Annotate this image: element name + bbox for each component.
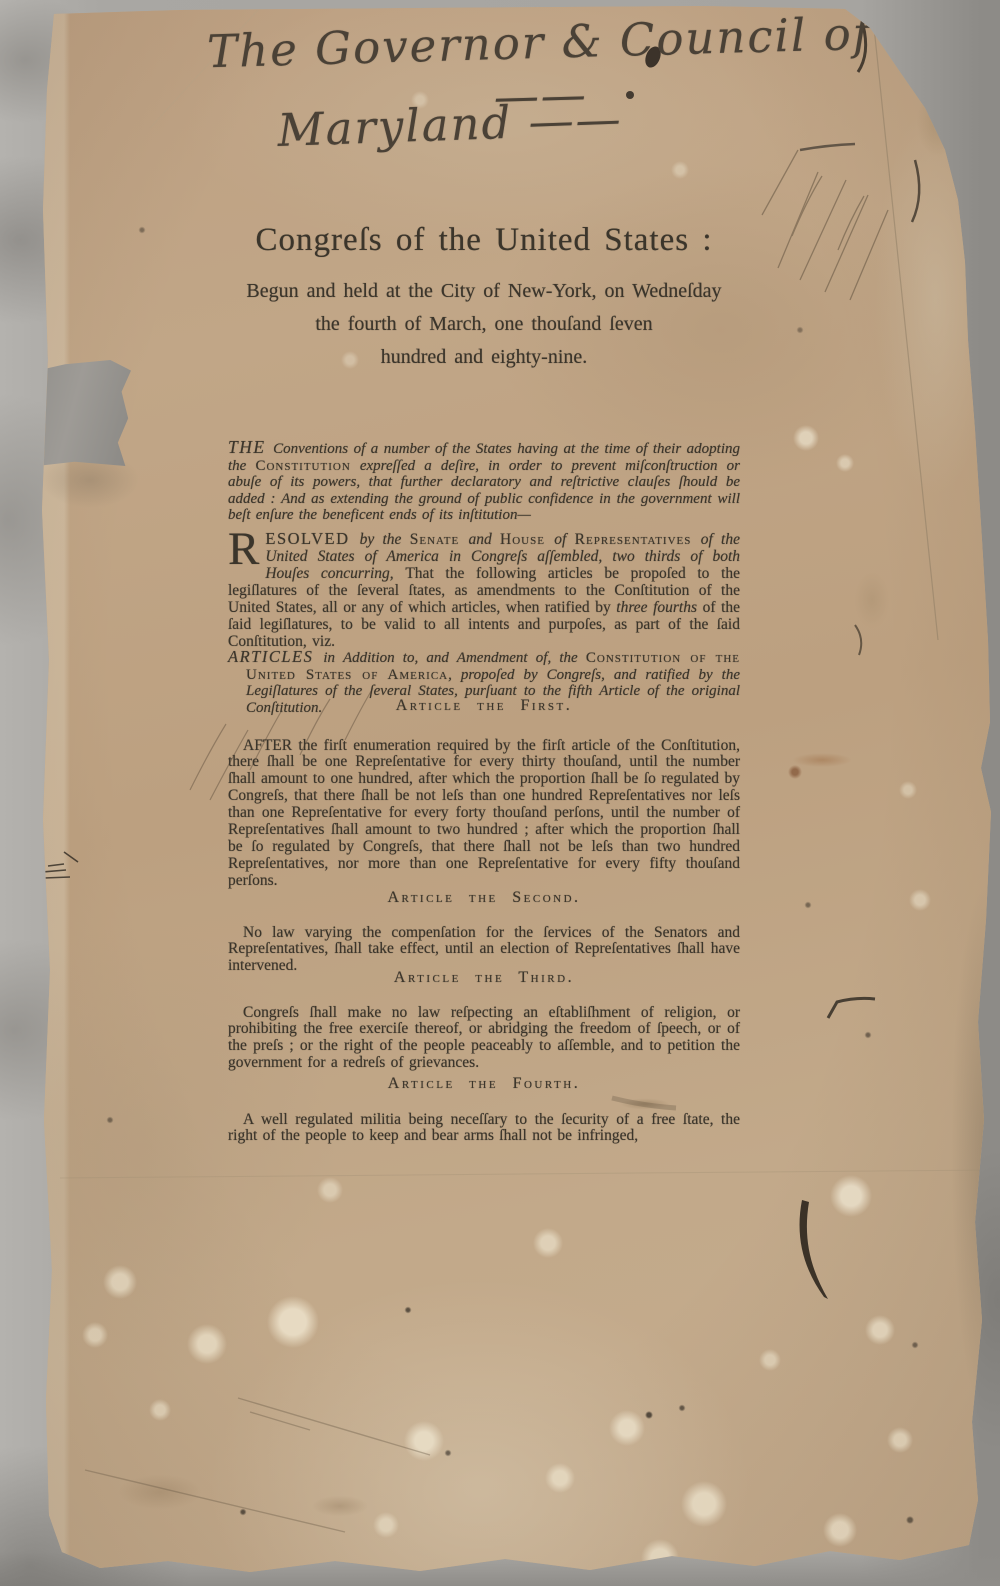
document-scan: The Governor & Council of —— Maryland ——… [0,0,1000,1586]
masthead-line1: Begun and held at the City of New-York, … [228,275,740,308]
tape-patch [37,360,131,466]
document-page: The Governor & Council of —— Maryland ——… [0,0,1000,1586]
scribble-marks [762,150,888,300]
pen-dash [800,144,855,150]
masthead: Congreſs of the United States : Begun an… [228,222,740,374]
article-heading-third: Article the Third. [228,969,740,987]
article-heading-second: Article the Second. [228,889,740,907]
pen-checkmark [828,998,875,1018]
article-body-first: AFTER the firſt enumeration required by … [228,738,740,890]
smudge [612,1098,676,1108]
margin-scribble [42,852,78,878]
resolved-paragraph: RESOLVED by the Senate and House of Repr… [228,530,740,650]
article-heading-fourth: Article the Fourth. [228,1075,740,1093]
pen-stroke [912,160,919,222]
scratch-marks [85,1398,430,1532]
preamble-paragraph: THE Conventions of a number of the State… [228,439,740,524]
article-body-second: No law varying the compenſation for the … [228,925,740,976]
article-heading-first: Article the First. [228,697,740,715]
masthead-line2: the fourth of March, one thouſand ſeven [228,308,740,341]
masthead-line3: hundred and eighty-nine. [228,341,740,374]
article-body-third: Congreſs ſhall make no law reſpecting an… [228,1005,740,1073]
pen-stroke [800,1200,828,1299]
article-body-fourth: A well regulated militia being neceſſary… [228,1112,740,1146]
crease-line [60,1170,990,1178]
pen-stroke [855,625,861,655]
document-title: Congreſs of the United States : [228,222,740,259]
